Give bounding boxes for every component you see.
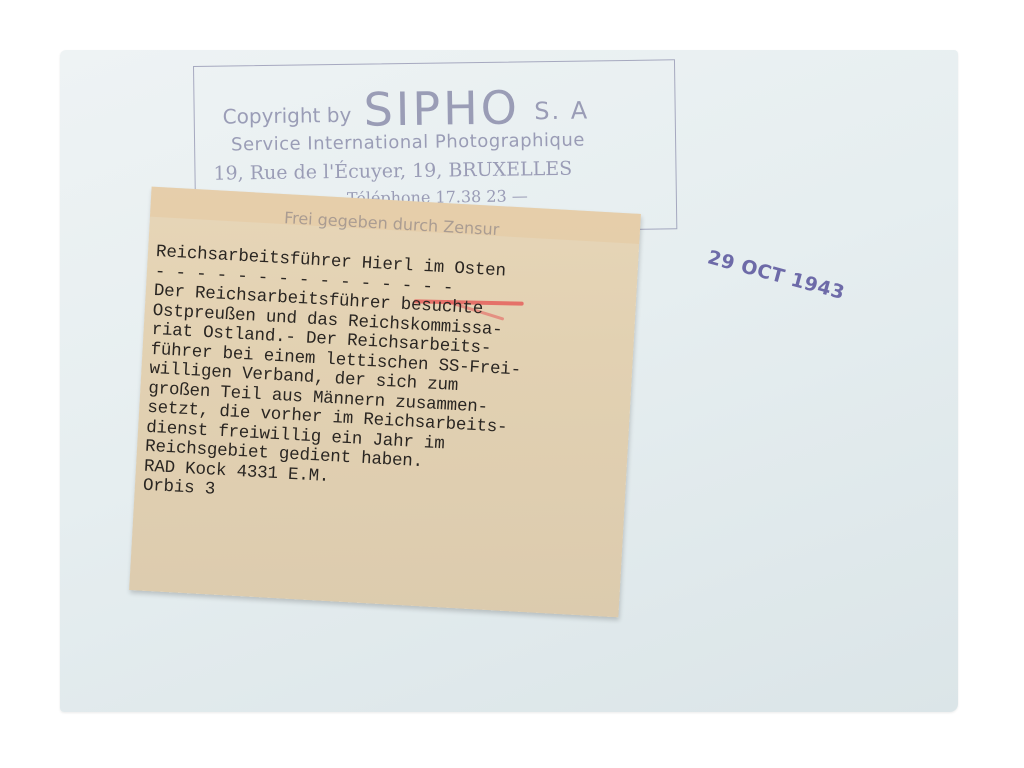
caption-label: Frei gegeben durch Zensur Reichsarbeitsf… xyxy=(129,187,641,618)
stamp-copyright-prefix: Copyright by xyxy=(223,103,352,129)
caption-body: Der Reichsarbeitsführer besuchteOstpreuß… xyxy=(142,282,524,517)
typed-caption: Reichsarbeitsführer Hierl im Osten- - - … xyxy=(142,243,526,517)
stamp-address-line: 19, Rue de l'Écuyer, 19, BRUXELLES xyxy=(213,158,572,185)
stamp-company-suffix: S. A xyxy=(534,96,589,125)
stamp-company-name: SIPHO xyxy=(363,80,520,136)
stamp-service-line: Service International Photographique xyxy=(231,130,585,156)
